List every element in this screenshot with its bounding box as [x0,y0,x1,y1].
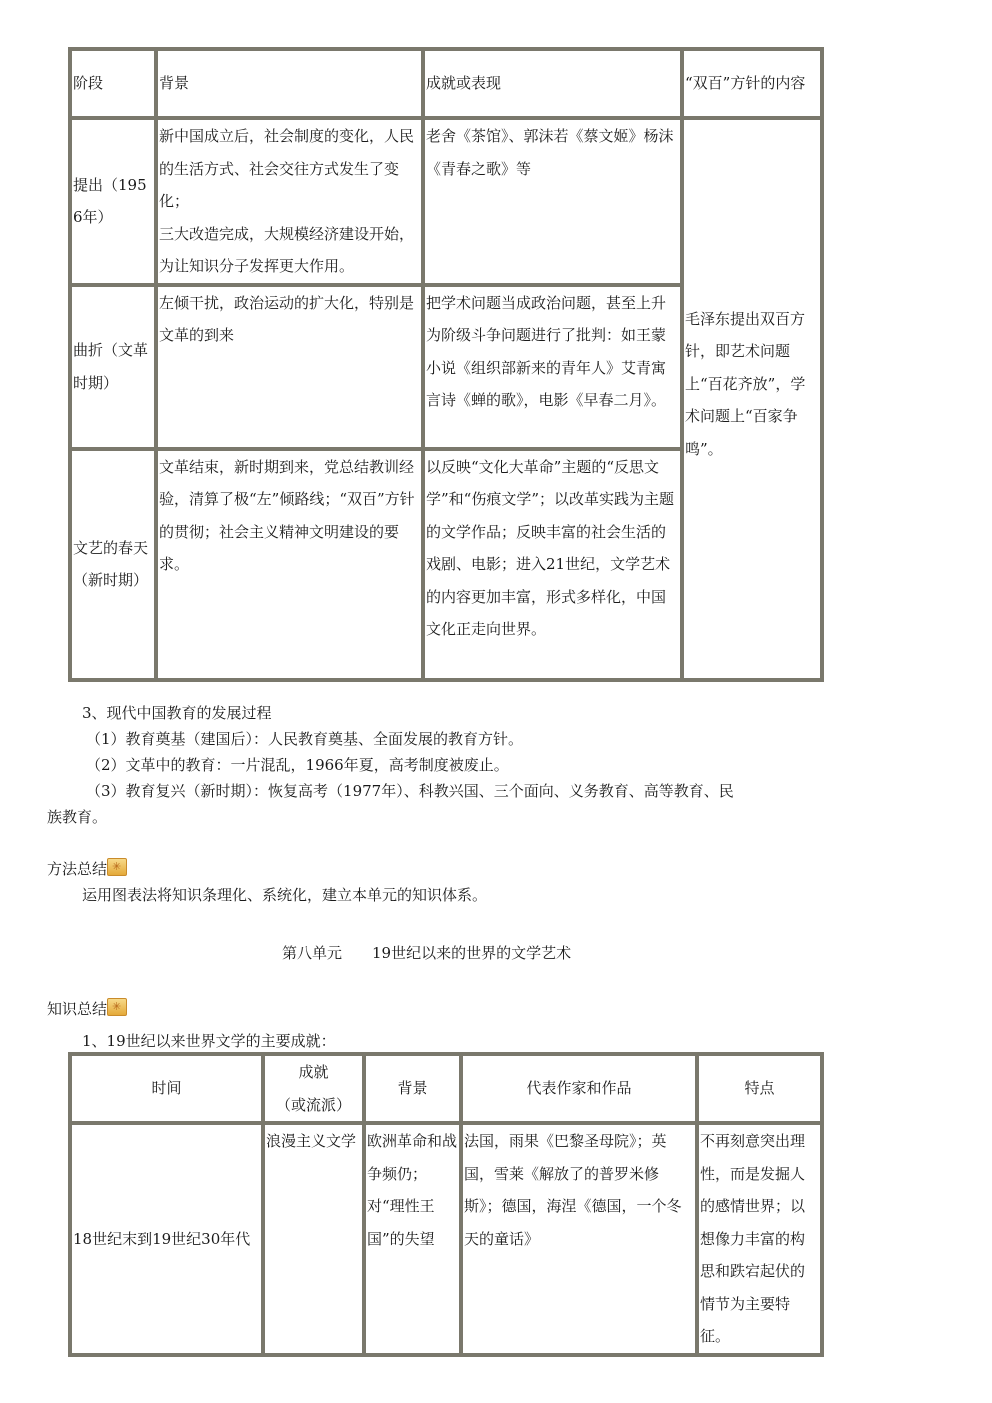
folder-icon [107,998,127,1016]
education-title: 3、现代中国教育的发展过程 [82,700,272,726]
header-works: 代表作家和作品 [461,1054,697,1123]
folder-icon [107,858,127,876]
policy-content-text: 毛泽东提出双百方针，即艺术问题上“百花齐放”，学术问题上“百家争鸣”。 [685,303,819,466]
header-background: 背景 [156,49,423,118]
achievements-cell: 把学术问题当成政治问题，甚至上升为阶级斗争问题进行了批判：如王蒙小说《组织部新来… [423,285,682,449]
education-item-1: （1）教育奠基（建国后）：人民教育奠基、全面发展的教育方针。 [86,726,523,752]
header-school-line2: （或流派） [266,1089,361,1122]
background-text: 新中国成立后，社会制度的变化，人民的生活方式、社会交往方式发生了变化； [159,120,420,218]
stage-cell: 提出（1956年） [70,118,156,285]
school-cell: 浪漫主义文学 [263,1123,364,1355]
header-stage: 阶段 [70,49,156,118]
table-row: 18世纪末到19世纪30年代 浪漫主义文学 欧洲革命和战争频仍；对“理性王国”的… [70,1123,822,1355]
method-text: 运用图表法将知识条理化、系统化，建立本单元的知识体系。 [82,882,487,908]
stage-cell: 文艺的春天（新时期） [70,449,156,680]
method-heading-text: 方法总结 [47,860,107,878]
knowledge-subtitle: 1、19世纪以来世界文学的主要成就： [82,1028,336,1054]
achievements-cell: 老舍《茶馆》、郭沫若《蔡文姬》杨沫《青春之歌》等 [423,118,682,285]
header-policy-content: “双百”方针的内容 [682,49,822,118]
education-item-3-cont: 族教育。 [47,804,107,830]
background-cell: 左倾干扰，政治运动的扩大化，特别是文革的到来 [156,285,423,449]
background-cell: 新中国成立后，社会制度的变化，人民的生活方式、社会交往方式发生了变化； 三大改造… [156,118,423,285]
header-school: 成就 （或流派） [263,1054,364,1123]
table-header-row: 阶段 背景 成就或表现 “双百”方针的内容 [70,49,822,118]
cultural-policy-table: 阶段 背景 成就或表现 “双百”方针的内容 提出（1956年） 新中国成立后，社… [68,47,824,682]
works-cell: 法国，雨果《巴黎圣母院》；英国，雪莱《解放了的普罗米修斯》；德国，海涅《德国，一… [461,1123,697,1355]
background-cell: 欧洲革命和战争频仍；对“理性王国”的失望 [364,1123,461,1355]
unit-title: 第八单元 19世纪以来的世界的文学艺术 [282,940,571,966]
policy-content-cell: 毛泽东提出双百方针，即艺术问题上“百花齐放”，学术问题上“百家争鸣”。 [682,118,822,680]
time-cell: 18世纪末到19世纪30年代 [70,1123,263,1355]
background-text-2: 三大改造完成，大规模经济建设开始，为让知识分子发挥更大作用。 [159,218,420,283]
header-background: 背景 [364,1054,461,1123]
table-row: 提出（1956年） 新中国成立后，社会制度的变化，人民的生活方式、社会交往方式发… [70,118,822,285]
education-item-2: （2）文革中的教育：一片混乱，1966年夏，高考制度被废止。 [86,752,509,778]
knowledge-heading: 知识总结 [47,996,127,1022]
education-item-3: （3）教育复兴（新时期）：恢复高考（1977年）、科教兴国、三个面向、义务教育、… [86,778,734,804]
background-cell: 文革结束，新时期到来，党总结教训经验，清算了极“左”倾路线；“双百”方针的贯彻；… [156,449,423,680]
world-literature-table: 时间 成就 （或流派） 背景 代表作家和作品 特点 18世纪末到19世纪30年代… [68,1052,824,1357]
header-achievements: 成就或表现 [423,49,682,118]
method-heading: 方法总结 [47,856,127,882]
header-features: 特点 [697,1054,822,1123]
header-school-line1: 成就 [266,1056,361,1089]
features-cell: 不再刻意突出理性，而是发掘人的感情世界；以想像力丰富的构思和跌宕起伏的情节为主要… [697,1123,822,1355]
table-header-row: 时间 成就 （或流派） 背景 代表作家和作品 特点 [70,1054,822,1123]
stage-cell: 曲折（文革时期） [70,285,156,449]
header-time: 时间 [70,1054,263,1123]
achievements-cell: 以反映“文化大革命”主题的“反思文学”和“伤痕文学”；以改革实践为主题的文学作品… [423,449,682,680]
knowledge-heading-text: 知识总结 [47,1000,107,1018]
